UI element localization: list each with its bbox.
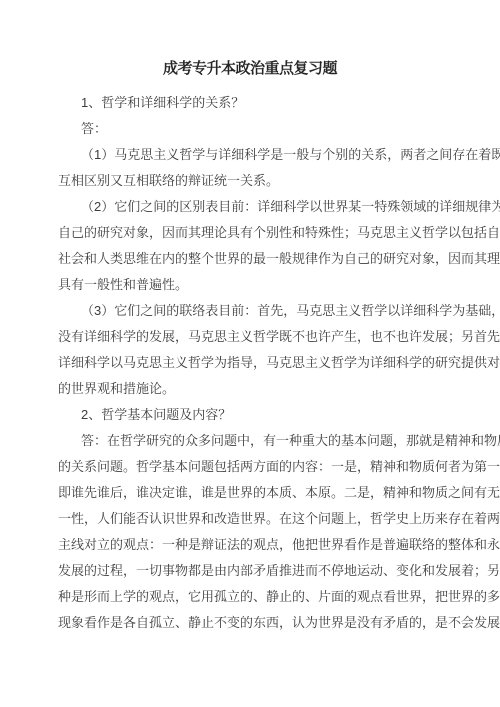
text-line: 没有详细科学的发展，马克思主义哲学既不也许产生，也不也许发展；另首先， [58,324,436,350]
paragraph-answer-label: 答： [58,116,436,142]
text-line: 1、哲学和详细科学的关系？ [58,90,436,116]
text-line: 发展的过程，一切事物都是由内部矛盾推进而不停地运动、变化和发展着；另一 [58,558,436,584]
text-line: （3）它们之间的联络表目前：首先，马克思主义哲学以详细科学为基础， [58,298,436,324]
paragraph-answer-point: （1）马克思主义哲学与详细科学是一般与个别的关系，两者之间存在着既互相区别又互相… [58,142,436,194]
text-line: 种是形而上学的观点，它用孤立的、静止的、片面的观点看世界，把世界的多种 [58,584,436,610]
text-line: 的关系问题。哲学基本问题包括两方面的内容：一是，精神和物质何者为第一性， [58,454,436,480]
text-line: （1）马克思主义哲学与详细科学是一般与个别的关系，两者之间存在着既 [58,142,436,168]
text-line: 具有一般性和普遍性。 [58,272,436,298]
paragraph-question: 1、哲学和详细科学的关系？ [58,90,436,116]
text-line: 一性，人们能否认识世界和改造世界。在这个问题上，哲学史上历来存在着两种 [58,506,436,532]
text-line: 2、哲学基本问题及内容？ [58,402,436,428]
document-body: 1、哲学和详细科学的关系？答：（1）马克思主义哲学与详细科学是一般与个别的关系，… [58,90,436,636]
paragraph-answer-point: （3）它们之间的联络表目前：首先，马克思主义哲学以详细科学为基础，没有详细科学的… [58,298,436,402]
text-line: 答：在哲学研究的众多问题中，有一种重大的基本问题，那就是精神和物质 [58,428,436,454]
text-line: 社会和人类思维在内的整个世界的最一般规律作为自己的研究对象，因而其理论 [58,246,436,272]
text-line: 自己的研究对象，因而其理论具有个别性和特殊性；马克思主义哲学以包括自然、 [58,220,436,246]
text-line: 互相区别又互相联络的辩证统一关系。 [58,168,436,194]
paragraph-answer: 答：在哲学研究的众多问题中，有一种重大的基本问题，那就是精神和物质的关系问题。哲… [58,428,436,636]
text-line: 的世界观和措施论。 [58,376,436,402]
text-line: 主线对立的观点：一种是辩证法的观点，他把世界看作是普遍联络的整体和永恒 [58,532,436,558]
document-page: 成考专升本政治重点复习题 1、哲学和详细科学的关系？答：（1）马克思主义哲学与详… [0,0,500,707]
paragraph-question: 2、哲学基本问题及内容？ [58,402,436,428]
text-line: 即谁先谁后，谁决定谁，谁是世界的本质、本原。二是，精神和物质之间有无同 [58,480,436,506]
text-line: 详细科学以马克思主义哲学为指导，马克思主义哲学为详细科学的研究提供对的 [58,350,436,376]
text-line: 现象看作是各自孤立、静止不变的东西，认为世界是没有矛盾的，是不会发展的， [58,610,436,636]
paragraph-answer-point: （2）它们之间的区别表目前：详细科学以世界某一特殊领域的详细规律为自己的研究对象… [58,194,436,298]
text-line: 答： [58,116,436,142]
text-line: （2）它们之间的区别表目前：详细科学以世界某一特殊领域的详细规律为 [58,194,436,220]
document-title: 成考专升本政治重点复习题 [0,58,500,80]
